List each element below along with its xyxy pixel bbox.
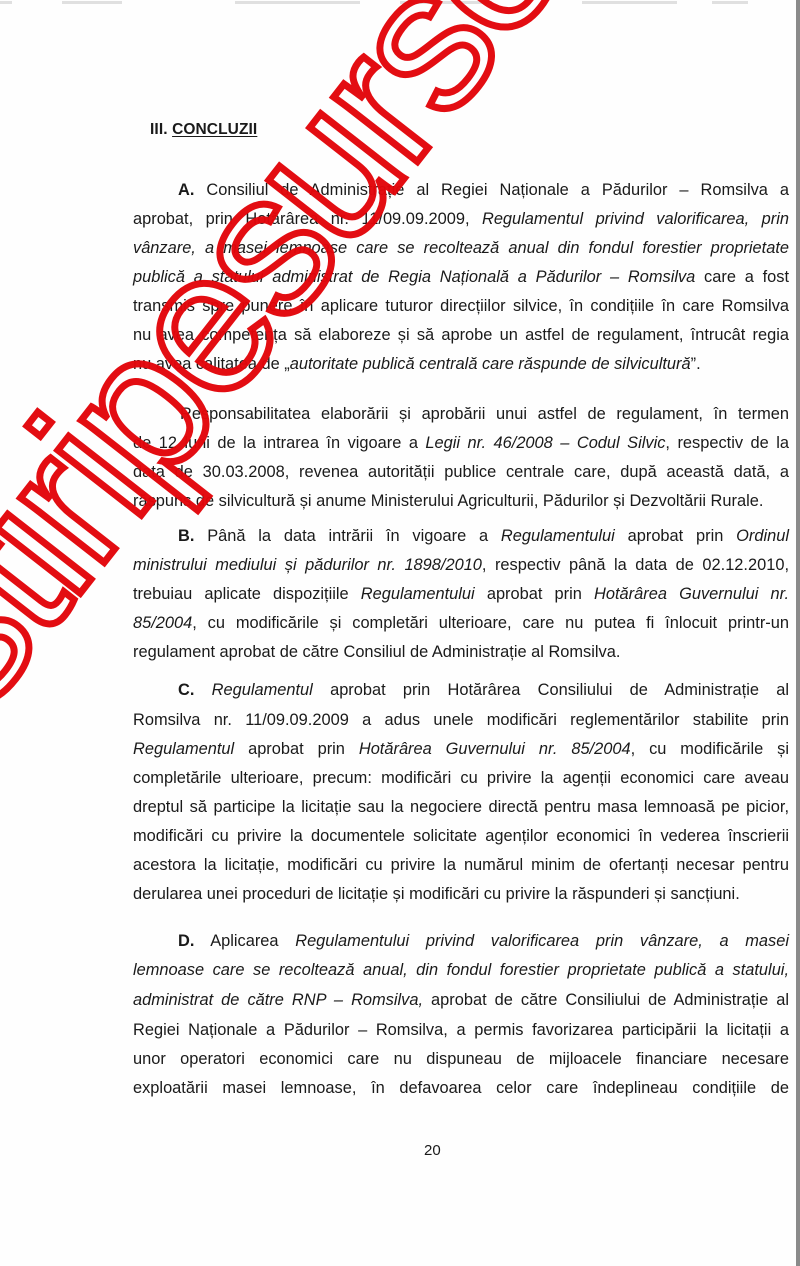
paragraph-label: D. [178, 932, 194, 950]
text-segment: administrat de către RNP – Romsilva, [133, 991, 423, 1009]
text-segment: dreptul să participe la licitație sau la… [133, 798, 789, 816]
text-line: A. Consiliul de Administrație al Regiei … [178, 180, 789, 200]
text-segment: nu avea competența să elaboreze și să ap… [133, 326, 789, 344]
text-segment: autoritate publică centrală care răspund… [290, 355, 691, 373]
text-segment: ministrului mediului și pădurilor nr. 18… [133, 556, 482, 574]
page-edge-border [796, 0, 800, 1266]
text-segment: Regulamentul privind valorificarea, prin [482, 210, 789, 228]
text-segment: Aplicarea [194, 932, 295, 950]
section-title: CONCLUZII [172, 121, 257, 138]
text-line: regulament aprobat de către Consiliul de… [133, 642, 789, 662]
text-segment: Legii nr. 46/2008 – Codul Silvic [425, 434, 665, 452]
text-segment: Regulamentului privind valorificarea pri… [295, 932, 789, 950]
text-line: C. Regulamentul aprobat prin Hotărârea C… [178, 680, 789, 700]
text-segment: aprobat prin [234, 740, 359, 758]
text-segment: aprobat, prin Hotărârea nr. 11/09.09.200… [133, 210, 482, 228]
text-segment: Regulamentului [361, 585, 475, 603]
scan-header-artifacts [0, 0, 796, 6]
text-line: Romsilva nr. 11/09.09.2009 a adus unele … [133, 710, 789, 730]
text-segment: Hotărârea Guvernului nr. 85/2004 [359, 740, 631, 758]
text-segment: , cu modificările și completări ulterioa… [192, 614, 789, 632]
text-segment: Regulamentului [501, 527, 615, 545]
text-line: aprobat, prin Hotărârea nr. 11/09.09.200… [133, 209, 789, 229]
text-line: nu avea competența să elaboreze și să ap… [133, 325, 789, 345]
text-segment: aprobat prin [475, 585, 594, 603]
text-line: publică a statului administrat de Regia … [133, 267, 789, 287]
text-segment: Hotărârea Guvernului nr. [594, 585, 789, 603]
text-segment: publică a statului administrat de Regia … [133, 268, 695, 286]
text-line: Responsabilitatea elaborării și aprobări… [180, 404, 789, 424]
text-segment: Până la data intrării în vigoare a [194, 527, 501, 545]
text-line: 85/2004, cu modificările și completări u… [133, 613, 789, 633]
text-line: lemnoase care se recoltează anual, din f… [133, 960, 789, 980]
text-line: exploatării masei lemnoase, în defavoare… [133, 1078, 789, 1098]
text-segment: Responsabilitatea elaborării și aprobări… [180, 405, 789, 423]
paragraph-label: B. [178, 527, 194, 545]
text-segment: exploatării masei lemnoase, în defavoare… [133, 1079, 789, 1097]
text-segment: , respectiv până la data de 02.12.2010, [482, 556, 789, 574]
document-page: III. CONCLUZII A. Consiliul de Administr… [0, 0, 796, 1266]
text-line: vânzare, a masei lemnoase care se recolt… [133, 238, 789, 258]
text-line: completările ulterioare, precum: modific… [133, 768, 789, 788]
paragraph-label: A. [178, 181, 194, 199]
text-line: B. Până la data intrării în vigoare a Re… [178, 526, 789, 546]
text-line: data de 30.03.2008, revenea autorității … [133, 462, 789, 482]
text-line: transmis spre punere în aplicare tuturor… [133, 296, 789, 316]
text-segment: aprobat de către Consiliului de Administ… [423, 991, 789, 1009]
text-line: acestora la licitație, modificări cu pri… [133, 855, 789, 875]
text-segment: Ordinul [736, 527, 789, 545]
text-segment: regulament aprobat de către Consiliul de… [133, 643, 620, 661]
text-line: Regulamentul aprobat prin Hotărârea Guve… [133, 739, 789, 759]
text-line: unor operatori economici care nu dispune… [133, 1049, 789, 1069]
section-number: III. [150, 121, 168, 138]
text-segment: care a fost [695, 268, 789, 286]
text-line: modificări cu privire la documentele sol… [133, 826, 789, 846]
text-line: dreptul să participe la licitație sau la… [133, 797, 789, 817]
text-segment: Consiliul de Administrație al Regiei Naț… [194, 181, 789, 199]
text-segment: Regiei Naționale a Pădurilor – Romsilva,… [133, 1021, 789, 1039]
text-segment: acestora la licitație, modificări cu pri… [133, 856, 789, 874]
text-segment: Regulamentul [212, 681, 313, 699]
text-segment: modificări cu privire la documentele sol… [133, 827, 789, 845]
text-segment: aprobat prin [615, 527, 736, 545]
text-line: administrat de către RNP – Romsilva, apr… [133, 990, 789, 1010]
text-segment: , cu modificările și [631, 740, 789, 758]
text-segment: nu avea calitatea de „ [133, 355, 290, 373]
text-segment: trebuiau aplicate dispozițiile [133, 585, 361, 603]
text-segment: răspuns de silvicultură și anume Ministe… [133, 492, 763, 510]
paragraph-label: C. [178, 681, 194, 699]
text-segment: ”. [691, 355, 701, 373]
text-segment: lemnoase care se recoltează anual, din f… [133, 961, 789, 979]
text-segment: 85/2004 [133, 614, 192, 632]
text-line: ministrului mediului și pădurilor nr. 18… [133, 555, 789, 575]
text-segment: transmis spre punere în aplicare tuturor… [133, 297, 789, 315]
text-segment: Romsilva nr. 11/09.09.2009 a adus unele … [133, 711, 789, 729]
text-line: de 12 luni de la intrarea în vigoare a L… [133, 433, 789, 453]
text-line: răspuns de silvicultură și anume Ministe… [133, 491, 789, 511]
section-heading: III. CONCLUZII [150, 121, 257, 139]
text-segment: Regulamentul [133, 740, 234, 758]
text-segment: completările ulterioare, precum: modific… [133, 769, 789, 787]
page-number: 20 [424, 1142, 441, 1159]
text-line: Regiei Naționale a Pădurilor – Romsilva,… [133, 1020, 789, 1040]
text-segment: , respectiv de la [665, 434, 789, 452]
text-line: D. Aplicarea Regulamentului privind valo… [178, 931, 789, 951]
text-segment [194, 681, 211, 699]
text-segment: derularea unei proceduri de licitație și… [133, 885, 740, 903]
text-segment: aprobat prin Hotărârea Consiliului de Ad… [313, 681, 789, 699]
text-segment: de 12 luni de la intrarea în vigoare a [133, 434, 425, 452]
text-segment: data de 30.03.2008, revenea autorității … [133, 463, 789, 481]
text-segment: unor operatori economici care nu dispune… [133, 1050, 789, 1068]
text-line: trebuiau aplicate dispozițiile Regulamen… [133, 584, 789, 604]
text-segment: vânzare, a masei lemnoase care se recolt… [133, 239, 789, 257]
text-line: derularea unei proceduri de licitație și… [133, 884, 789, 904]
text-line: nu avea calitatea de „autoritate publică… [133, 354, 789, 374]
